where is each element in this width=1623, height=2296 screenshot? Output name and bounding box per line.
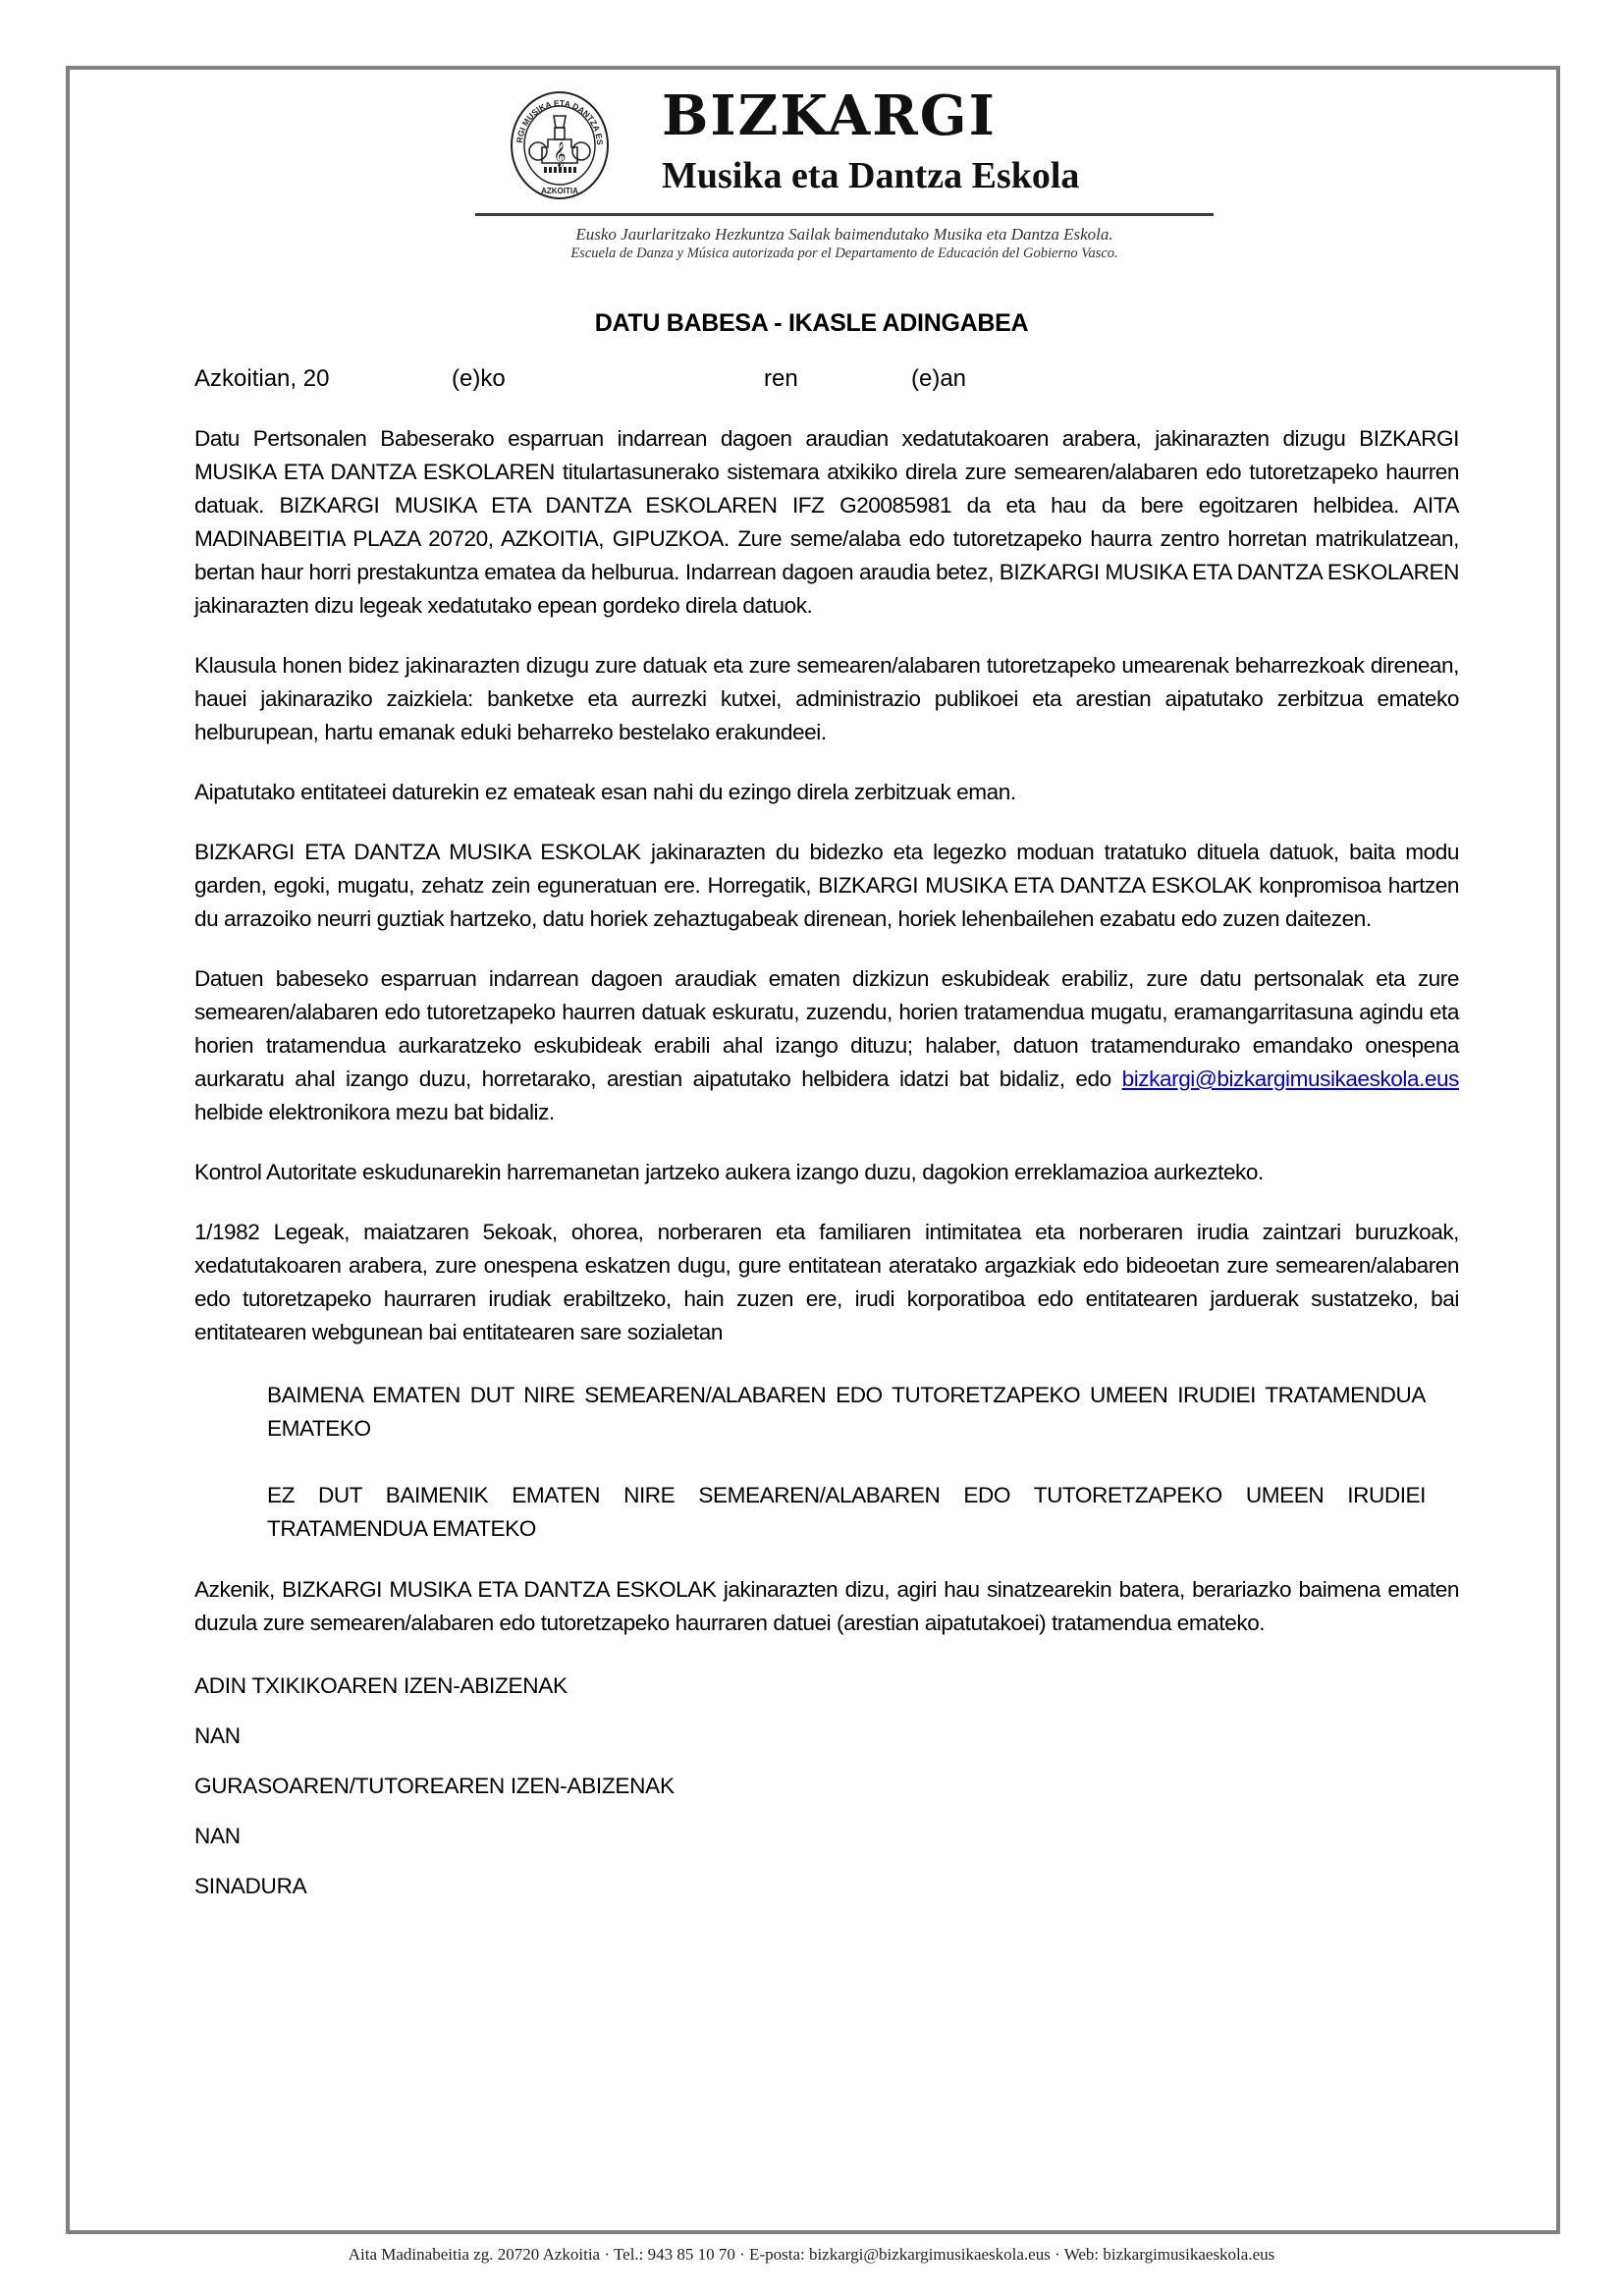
school-logo-icon: BIZKARGI MUSIKA ETA DANTZA ESKOLA AZKOIT… bbox=[509, 86, 611, 202]
date-place-year: Azkoitian, 20 bbox=[194, 365, 329, 393]
header-divider bbox=[475, 213, 1214, 216]
paragraph-processing-principles: BIZKARGI ETA DANTZA MUSIKA ESKOLAK jakin… bbox=[194, 836, 1459, 936]
field-minor-name: ADIN TXIKIKOAREN IZEN-ABIZENAK bbox=[194, 1669, 1459, 1703]
paragraph-data-recipients: Klausula honen bidez jakinarazten dizugu… bbox=[194, 649, 1459, 749]
svg-text:AZKOITIA: AZKOITIA bbox=[541, 187, 578, 195]
brand-subtitle: Musika eta Dantza Eskola bbox=[662, 157, 1079, 194]
paragraph-final-consent: Azkenik, BIZKARGI MUSIKA ETA DANTZA ESKO… bbox=[194, 1573, 1459, 1640]
letterhead: BIZKARGI MUSIKA ETA DANTZA ESKOLA AZKOIT… bbox=[475, 84, 1214, 271]
brand-name: BIZKARGI bbox=[662, 88, 997, 143]
date-day-suffix: (e)an bbox=[911, 365, 966, 393]
rights-text-after: helbide elektronikora mezu bat bidaliz. bbox=[194, 1100, 555, 1124]
tagline-basque: Eusko Jaurlaritzako Hezkuntza Sailak bai… bbox=[475, 226, 1214, 243]
date-month-suffix: ren bbox=[764, 365, 798, 393]
paragraph-rights: Datuen babeseko esparruan indarrean dago… bbox=[194, 962, 1459, 1129]
field-signature: SINADURA bbox=[194, 1870, 1459, 1903]
document-title: DATU BABESA - IKASLE ADINGABEA bbox=[0, 309, 1623, 338]
date-year-suffix: (e)ko bbox=[452, 365, 506, 393]
svg-text:𝄞: 𝄞 bbox=[553, 141, 566, 167]
email-link[interactable]: bizkargi@bizkargimusikaeskola.eus bbox=[1122, 1066, 1459, 1091]
document-body: Datu Pertsonalen Babeserako esparruan in… bbox=[194, 422, 1459, 1920]
paragraph-supervisory-authority: Kontrol Autoritate eskudunarekin harrema… bbox=[194, 1156, 1459, 1189]
footer-contact: Aita Madinabeitia zg. 20720 Azkoitia · T… bbox=[0, 2245, 1623, 2265]
tagline-spanish: Escuela de Danza y Música autorizada por… bbox=[475, 246, 1214, 261]
paragraph-data-controller: Datu Pertsonalen Babeserako esparruan in… bbox=[194, 422, 1459, 623]
field-guardian-id: NAN bbox=[194, 1820, 1459, 1853]
paragraph-consequences: Aipatutako entitateei daturekin ez emate… bbox=[194, 776, 1459, 809]
field-guardian-name: GURASOAREN/TUTOREAREN IZEN-ABIZENAK bbox=[194, 1770, 1459, 1803]
date-line: Azkoitian, 20 (e)ko ren (e)an bbox=[194, 365, 1471, 397]
option-refuse-consent[interactable]: EZ DUT BAIMENIK EMATEN NIRE SEMEAREN/ALA… bbox=[267, 1479, 1426, 1546]
option-give-consent[interactable]: BAIMENA EMATEN DUT NIRE SEMEAREN/ALABARE… bbox=[267, 1379, 1426, 1446]
paragraph-image-consent: 1/1982 Legeak, maiatzaren 5ekoak, ohorea… bbox=[194, 1216, 1459, 1349]
field-minor-id: NAN bbox=[194, 1720, 1459, 1753]
